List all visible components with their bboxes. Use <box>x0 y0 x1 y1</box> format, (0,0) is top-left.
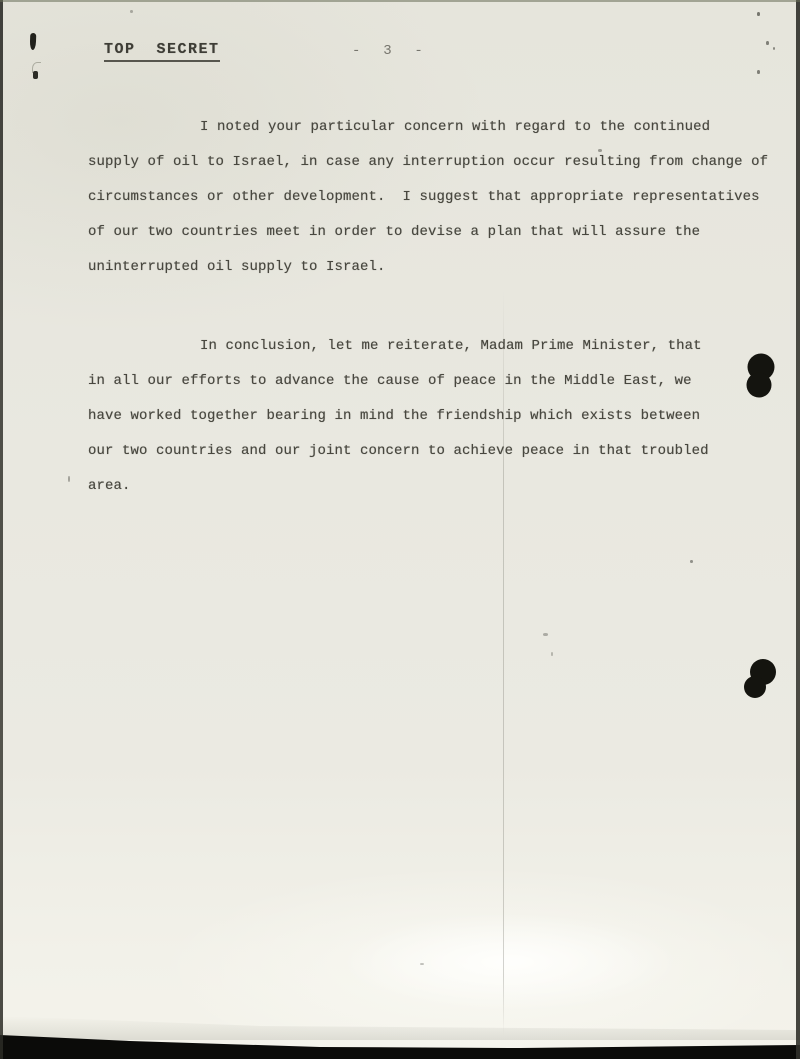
dust-speck <box>690 560 693 563</box>
paper-crease <box>503 290 504 1035</box>
scanned-document-page: TOP SECRET - 3 - I noted your particular… <box>0 0 800 1059</box>
text-line: of our two countries meet in order to de… <box>88 215 780 250</box>
text-line: circumstances or other development. I su… <box>88 180 780 215</box>
dust-speck <box>543 633 548 636</box>
text-line: supply of oil to Israel, in case any int… <box>88 145 780 180</box>
ink-blot-icon <box>742 350 782 402</box>
dust-speck <box>766 41 769 45</box>
page-number: - 3 - <box>352 43 422 59</box>
dust-speck <box>598 149 602 152</box>
page-bottom-shadow <box>0 1016 800 1040</box>
text-line: In conclusion, let me reiterate, Madam P… <box>88 329 780 364</box>
dust-speck <box>757 12 760 16</box>
dust-speck <box>551 652 553 656</box>
dust-speck <box>757 70 760 74</box>
text-line: I noted your particular concern with reg… <box>88 110 780 145</box>
scan-edge-left <box>0 0 3 1059</box>
text-line: in all our efforts to advance the cause … <box>88 364 780 399</box>
text-line: have worked together bearing in mind the… <box>88 399 780 434</box>
classification-label: TOP SECRET <box>104 41 220 62</box>
dust-speck <box>68 476 70 482</box>
text-line: uninterrupted oil supply to Israel. <box>88 250 780 285</box>
paragraph-oil-supply: I noted your particular concern with reg… <box>88 110 780 285</box>
dust-speck <box>130 10 133 13</box>
text-line: our two countries and our joint concern … <box>88 434 780 469</box>
scan-edge-right <box>796 0 800 1059</box>
text-line: area. <box>88 469 780 504</box>
scan-edge-top <box>0 0 800 2</box>
pen-mark-icon <box>33 71 38 79</box>
ink-blot-icon <box>738 655 782 703</box>
paragraph-conclusion: In conclusion, let me reiterate, Madam P… <box>88 329 780 504</box>
page-header: TOP SECRET - 3 - <box>0 41 800 63</box>
dust-speck <box>420 963 424 965</box>
dust-speck <box>773 47 775 50</box>
